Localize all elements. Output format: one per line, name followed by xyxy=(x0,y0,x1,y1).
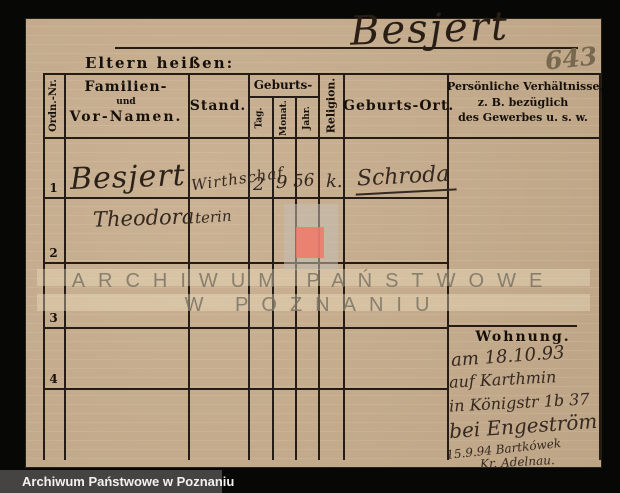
column-subheader-tag-label: Tag. xyxy=(255,107,265,128)
row-line-2 xyxy=(43,262,447,264)
entry-birthplace: Schroda xyxy=(354,161,456,195)
wohnung-top-line xyxy=(447,325,577,327)
col-divider-ordnr xyxy=(64,73,66,460)
column-header-religion-label: Religion. xyxy=(324,77,337,133)
table-right-border xyxy=(599,73,601,460)
entry-birth-year: 56 xyxy=(292,170,315,191)
column-header-stand: Stand. xyxy=(188,98,248,114)
column-header-ordnr: Ordn.-Nr. xyxy=(43,73,64,137)
archive-footer-bar: Archiwum Państwowe w Poznaniu xyxy=(0,470,222,493)
archive-stamp-red-square xyxy=(296,227,324,258)
watermark-text-line2: W POZNANIU xyxy=(25,294,602,317)
watermark-text-line1: ARCHIWUM PAŃSTWOWE xyxy=(25,270,602,293)
column-subheader-jahr-label: Jahr. xyxy=(302,106,312,130)
column-header-ort: Geburts-Ort. xyxy=(343,98,447,114)
wohnung-note-6: Kr. Adelnau. xyxy=(480,453,555,471)
record-card-paper: Besjert 643 Eltern heißen: Ordn.-Nr. Fam xyxy=(25,18,602,468)
column-header-pers-1: Persönliche Verhältnisse, xyxy=(447,80,599,93)
column-header-name-3: Vor-Namen. xyxy=(64,109,188,125)
wohnung-header: Wohnung. xyxy=(447,329,599,345)
title-underline xyxy=(115,47,578,49)
entry-firstname: Theodora xyxy=(93,204,195,232)
scanned-archive-document: Besjert 643 Eltern heißen: Ordn.-Nr. Fam xyxy=(0,0,620,493)
column-header-geburts: Geburts- xyxy=(248,78,318,92)
column-subheader-tag: Tag. xyxy=(248,98,272,137)
column-header-name-2: und xyxy=(64,97,188,107)
column-header-ordnr-label: Ordn.-Nr. xyxy=(48,79,59,132)
row-number-4: 4 xyxy=(43,372,64,386)
column-subheader-jahr: Jahr. xyxy=(295,98,318,137)
row-line-4 xyxy=(43,388,447,390)
column-header-name-1: Familien- xyxy=(64,79,188,95)
row-number-1: 1 xyxy=(43,181,64,195)
column-header-religion: Religion. xyxy=(318,75,343,135)
entry-surname: Besjert xyxy=(69,158,186,197)
col-divider-name xyxy=(188,73,190,460)
entry-birth-month: 9 xyxy=(276,172,287,193)
column-header-pers-2: z. B. bezüglich xyxy=(447,96,599,109)
section-label-eltern: Eltern heißen: xyxy=(85,54,234,72)
row-line-1 xyxy=(43,197,447,199)
entry-stand-1: Wirthschaf xyxy=(190,164,285,195)
table-header-bottom-border xyxy=(43,137,600,139)
archive-footer-label: Archiwum Państwowe w Poznaniu xyxy=(0,474,234,489)
entry-religion: k. xyxy=(326,171,343,192)
pencil-page-number: 643 xyxy=(544,41,599,75)
row-line-3 xyxy=(43,327,447,329)
row-number-2: 2 xyxy=(43,246,64,260)
wohnung-note-2: auf Karthmin xyxy=(449,367,557,392)
column-subheader-monat: Monat. xyxy=(272,98,295,137)
entry-stand-2: terin xyxy=(194,207,232,228)
column-header-pers-3: des Gewerbes u. s. w. xyxy=(447,111,599,124)
col-divider-religion xyxy=(343,73,345,460)
column-subheader-monat-label: Monat. xyxy=(279,100,289,136)
entry-birth-day: 2 xyxy=(253,174,264,195)
